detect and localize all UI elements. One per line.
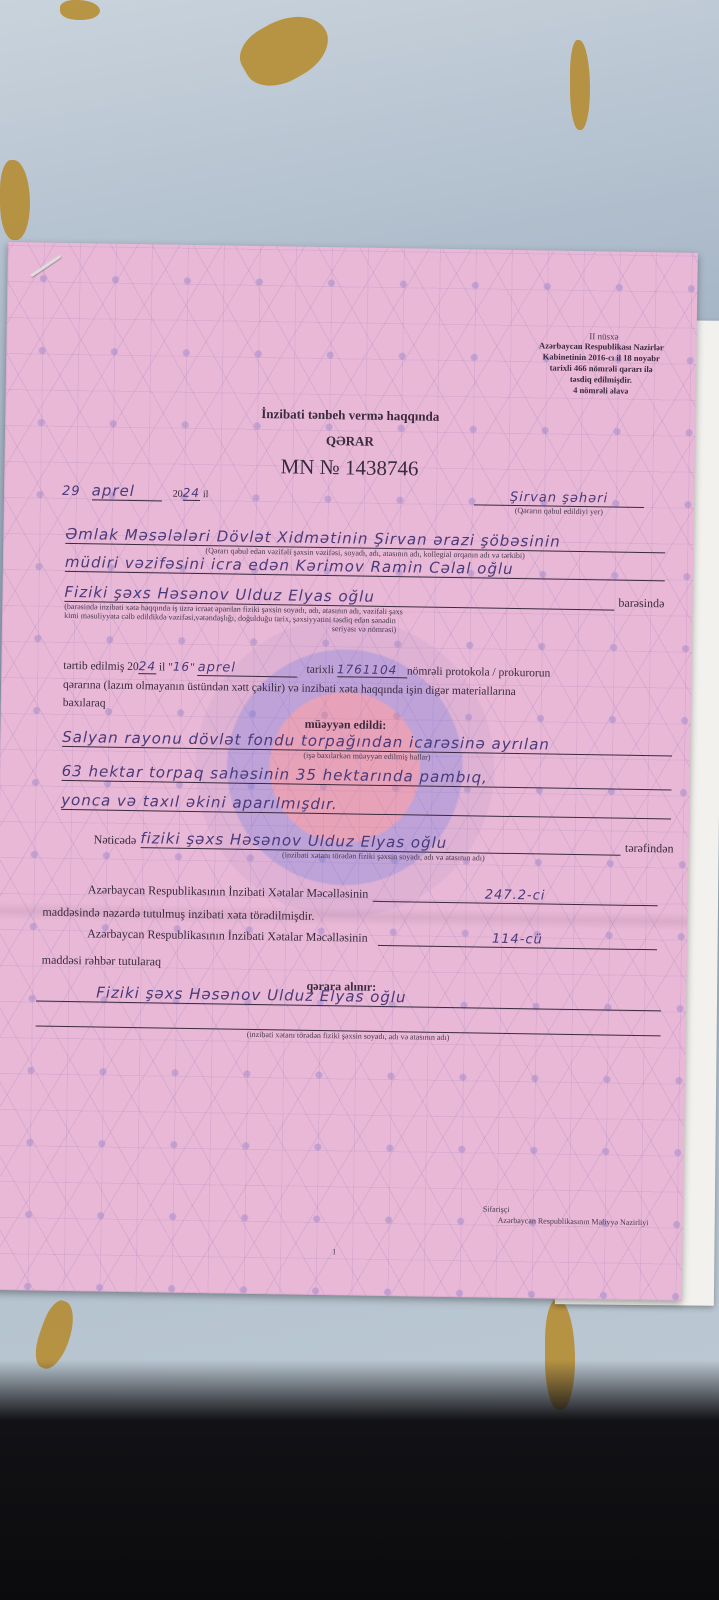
decision-field: Fiziki şəxs Həsənov Ulduz Elyas oğlu (in… xyxy=(36,983,662,1046)
code-guidance-value: 114-cü xyxy=(378,930,658,950)
result-field: Nəticədə fiziki şəxs Həsənov Ulduz Elyas… xyxy=(93,828,673,865)
decision-form: II nüsxə Azərbaycan Respublikası Nazirlə… xyxy=(0,242,698,1301)
protocol-line-2: qərarına (lazım olmayanın üstündən xətt … xyxy=(63,679,516,698)
protocol-line-3: baxılaraq xyxy=(63,697,106,710)
background-stain xyxy=(231,2,339,99)
appendix-line: 4 nömrəli əlavə xyxy=(536,384,666,397)
decision-date: 29 aprel 2024 il xyxy=(62,481,209,502)
protocol-month: aprel xyxy=(198,660,298,678)
code-guidance: Azərbaycan Respublikasının İnzibati Xəta… xyxy=(87,925,657,950)
code-guidance-label: Azərbaycan Respublikasının İnzibati Xəta… xyxy=(87,926,368,945)
subject-field: Fiziki şəxs Həsənov Ulduz Elyas oğlu bar… xyxy=(64,583,665,638)
orderer-label: Sifarişçi xyxy=(483,1205,510,1214)
protocol-suffix: nömrəli protokola / prokurorun xyxy=(407,665,551,679)
staple xyxy=(30,255,61,278)
place-caption: (Qərarın qəbul edildiyi yer) xyxy=(474,505,644,517)
series-number: MN № 1438746 xyxy=(4,450,694,486)
result-label: Nəticədə xyxy=(94,832,137,848)
protocol-tarixli: tarixli xyxy=(306,664,334,676)
date-day: 29 xyxy=(62,484,81,499)
date-month: aprel xyxy=(91,481,161,501)
protocol-day: 16 xyxy=(173,660,190,674)
orderer: Azərbaycan Respublikasının Maliyyə Nazir… xyxy=(498,1216,649,1227)
dark-fabric xyxy=(0,1360,719,1600)
code-violation-value: 247.2-ci xyxy=(372,886,658,906)
place-field: Şirvan şəhəri (Qərarın qəbul edildiyi ye… xyxy=(474,489,644,517)
code-violation-label: Azərbaycan Respublikasının İnzibati Xəta… xyxy=(88,882,369,901)
copy-label: II nüsxə xyxy=(589,331,618,341)
subject-suffix: barəsində xyxy=(618,596,664,612)
appendix-note: Azərbaycan Respublikası Nazirlər Kabinet… xyxy=(536,340,667,397)
code-violation: Azərbaycan Respublikasının İnzibati Xəta… xyxy=(88,881,658,906)
official-field: Əmlak Məsələləri Dövlət Xidmətinin Şirva… xyxy=(65,525,666,581)
established-line: yonca və taxıl əkini aparılmışdır. xyxy=(61,791,671,820)
year-prefix: 20 xyxy=(173,489,183,500)
protocol-prefix: tərtib edilmiş 20 xyxy=(63,660,139,673)
protocol-year: 24 xyxy=(139,659,157,674)
background-stain xyxy=(60,0,100,20)
established-line: 63 hektar torpaq sahəsinin 35 hektarında… xyxy=(62,762,672,791)
result-suffix: tərəfindən xyxy=(625,841,674,857)
background-stain xyxy=(570,40,590,130)
page-number: 1 xyxy=(332,1247,336,1256)
title-line: İnzibati tənbeh vermə haqqında xyxy=(5,402,695,429)
protocol-il: il " xyxy=(159,661,173,673)
protocol-number: 1761104 xyxy=(337,662,407,678)
date-year: 24 xyxy=(183,486,201,501)
code-guidance-tail: maddəsi rəhbər tutularaq xyxy=(42,953,162,970)
protocol-quote: " xyxy=(190,662,195,674)
background-stain xyxy=(0,160,30,240)
established-field: Salyan rayonu dövlət fondu torpağından i… xyxy=(61,728,672,820)
year-unit: il xyxy=(203,489,209,500)
